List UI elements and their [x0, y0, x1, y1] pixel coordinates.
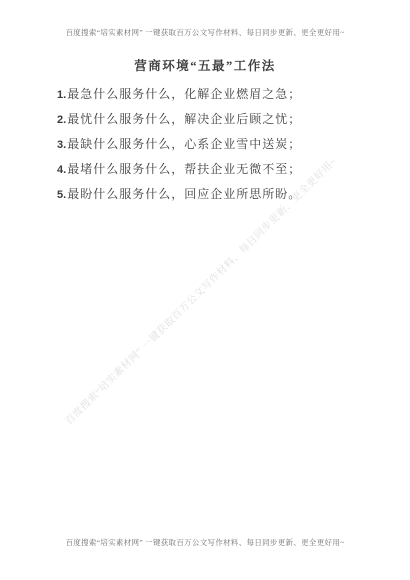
document-title: 营商环境“五最”工作法	[0, 56, 410, 74]
list-item-number: 5.	[57, 189, 66, 201]
document-page: 百度搜索“培实素材网” 一键获取百万公文写作材料、每日同步更新、更全更好用~ 百…	[0, 0, 410, 580]
footer-promo-note: 百度搜索“培实素材网” 一键获取百万公文写作材料、每日同步更新、更全更好用~	[0, 537, 410, 548]
list-item: 5.最盼什么服务什么，回应企业所思所盼。	[57, 182, 380, 207]
list-item: 3.最缺什么服务什么，心系企业雪中送炭；	[57, 132, 380, 157]
list-item-number: 3.	[57, 139, 66, 151]
list-item: 2.最忧什么服务什么，解决企业后顾之忧；	[57, 107, 380, 132]
header-promo-note: 百度搜索“培实素材网” 一键获取百万公文写作材料、每日同步更新、更全更好用~	[0, 27, 410, 38]
list-item: 1.最急什么服务什么，化解企业燃眉之急；	[57, 82, 380, 107]
list-item-text: 最缺什么服务什么，心系企业雪中送炭；	[67, 137, 301, 151]
list-item-text: 最盼什么服务什么，回应企业所思所盼。	[67, 187, 301, 201]
list-item-number: 1.	[57, 89, 66, 101]
list-item: 4.最堵什么服务什么，帮扶企业无微不至；	[57, 157, 380, 182]
list-item-text: 最忧什么服务什么，解决企业后顾之忧；	[67, 112, 301, 126]
work-method-list: 1.最急什么服务什么，化解企业燃眉之急； 2.最忧什么服务什么，解决企业后顾之忧…	[57, 82, 380, 207]
list-item-number: 2.	[57, 114, 66, 126]
list-item-number: 4.	[57, 164, 66, 176]
list-item-text: 最急什么服务什么，化解企业燃眉之急；	[67, 87, 301, 101]
list-item-text: 最堵什么服务什么，帮扶企业无微不至；	[67, 162, 301, 176]
